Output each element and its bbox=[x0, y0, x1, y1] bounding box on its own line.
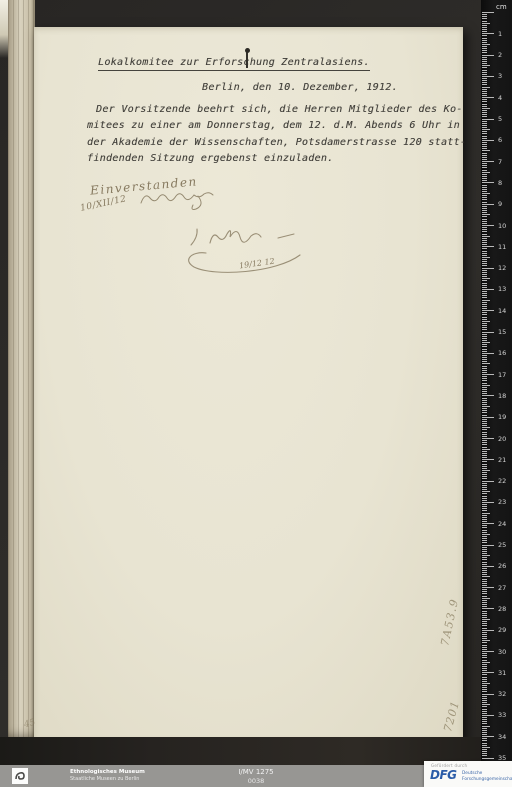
ruler-tick bbox=[482, 340, 487, 341]
ruler-tick bbox=[482, 700, 487, 701]
ruler-tick bbox=[482, 12, 494, 13]
ruler-tick bbox=[482, 583, 487, 584]
ruler-tick bbox=[482, 755, 487, 756]
ruler-tick bbox=[482, 144, 487, 145]
ruler-tick bbox=[482, 227, 487, 228]
ruler-tick bbox=[482, 485, 487, 486]
letter-body-line: der Akademie der Wissenschaften, Potsdam… bbox=[87, 137, 466, 153]
ruler-number: 16 bbox=[498, 349, 506, 357]
ruler-tick bbox=[482, 16, 487, 17]
ruler-number: 13 bbox=[498, 285, 506, 293]
ruler-tick bbox=[482, 540, 487, 541]
pencil-shelfmark-note: 7A53.9 bbox=[438, 576, 465, 647]
ruler-tick bbox=[482, 415, 487, 416]
ruler-tick bbox=[482, 713, 487, 714]
ruler-tick bbox=[482, 361, 487, 362]
ruler-tick bbox=[482, 59, 487, 60]
ruler-tick bbox=[482, 270, 487, 271]
ruler-number: 19 bbox=[498, 413, 506, 421]
ruler-tick bbox=[482, 283, 487, 284]
ruler-tick bbox=[482, 740, 487, 741]
letter-body-line: Der Vorsitzende beehrt sich, die Herren … bbox=[87, 104, 466, 120]
ruler-tick bbox=[482, 464, 487, 465]
ruler-tick bbox=[482, 617, 487, 618]
ruler-tick bbox=[482, 434, 487, 435]
ruler-tick bbox=[482, 274, 487, 275]
ruler-tick bbox=[482, 221, 487, 222]
ruler-tick bbox=[482, 121, 487, 122]
ruler-tick bbox=[482, 606, 487, 607]
ruler-tick bbox=[482, 694, 494, 695]
ruler-tick bbox=[482, 555, 490, 556]
ruler-tick bbox=[482, 167, 487, 168]
ruler-tick bbox=[482, 402, 487, 403]
ruler-tick bbox=[482, 125, 487, 126]
ruler-tick bbox=[482, 687, 487, 688]
ruler-tick bbox=[482, 470, 490, 471]
ruler-number: 14 bbox=[498, 307, 506, 315]
ruler-tick bbox=[482, 234, 487, 235]
handwritten-signature-approver bbox=[138, 187, 220, 213]
ruler-number: 27 bbox=[498, 584, 506, 592]
ruler-tick bbox=[482, 272, 487, 273]
letter-body-line: findenden Sitzung ergebenst einzuladen. bbox=[87, 153, 466, 169]
ruler-tick bbox=[482, 398, 487, 399]
ruler-tick bbox=[482, 743, 487, 744]
ruler-tick bbox=[482, 436, 487, 437]
ruler-tick bbox=[482, 702, 487, 703]
ruler-tick bbox=[482, 29, 487, 30]
ruler-tick bbox=[482, 351, 487, 352]
ruler-tick bbox=[482, 425, 487, 426]
ruler-tick bbox=[482, 657, 487, 658]
ruler-tick bbox=[482, 442, 487, 443]
ruler-tick bbox=[482, 423, 487, 424]
ruler-tick bbox=[482, 389, 487, 390]
ruler-tick bbox=[482, 101, 487, 102]
ruler-tick bbox=[482, 689, 487, 690]
ruler-tick bbox=[482, 487, 487, 488]
ruler-tick bbox=[482, 18, 487, 19]
ruler-tick bbox=[482, 255, 487, 256]
ruler-tick bbox=[482, 455, 487, 456]
ruler-tick bbox=[482, 666, 487, 667]
ruler-number: 32 bbox=[498, 690, 506, 698]
ruler-tick bbox=[482, 417, 494, 418]
ruler-tick bbox=[482, 357, 487, 358]
ruler-tick bbox=[482, 344, 487, 345]
ruler-tick bbox=[482, 312, 487, 313]
ruler-tick bbox=[482, 489, 487, 490]
ruler-tick bbox=[482, 123, 487, 124]
ruler-tick bbox=[482, 291, 487, 292]
ruler-tick bbox=[482, 289, 494, 290]
ruler-tick bbox=[482, 251, 487, 252]
ruler-tick bbox=[482, 314, 487, 315]
ruler-tick bbox=[482, 225, 494, 226]
ruler-tick bbox=[482, 306, 487, 307]
ruler-tick bbox=[482, 72, 487, 73]
viewer-footer-bar: Ethnologisches Museum Staatliche Museen … bbox=[0, 765, 512, 787]
ruler-tick bbox=[482, 204, 494, 205]
ruler-tick bbox=[482, 515, 487, 516]
ruler-tick bbox=[482, 647, 487, 648]
ruler-tick bbox=[482, 368, 487, 369]
ruler-unit-label: cm bbox=[496, 3, 507, 11]
ruler-tick bbox=[482, 660, 487, 661]
ruler-tick bbox=[482, 630, 494, 631]
funder-name-line: Forschungsgemeinschaft bbox=[462, 777, 512, 783]
ruler-tick bbox=[482, 534, 490, 535]
ruler-tick bbox=[482, 74, 487, 75]
ruler-tick bbox=[482, 155, 487, 156]
funder-name: Deutsche Forschungsgemeinschaft bbox=[462, 771, 512, 782]
ruler-tick bbox=[482, 219, 487, 220]
ruler-tick bbox=[482, 596, 487, 597]
ruler-tick bbox=[482, 180, 487, 181]
funder-panel: Gefördert durch DFG Deutsche Forschungsg… bbox=[424, 761, 512, 787]
ruler-tick bbox=[482, 229, 487, 230]
ruler-tick bbox=[482, 591, 487, 592]
ruler-tick bbox=[482, 519, 487, 520]
ruler-tick bbox=[482, 355, 487, 356]
ruler-tick bbox=[482, 193, 490, 194]
ruler-tick bbox=[482, 481, 494, 482]
ruler-tick bbox=[482, 704, 490, 705]
ruler-tick bbox=[482, 342, 490, 343]
ruler-tick bbox=[482, 536, 487, 537]
ruler-tick bbox=[482, 557, 487, 558]
ruler-tick bbox=[482, 263, 487, 264]
page-stack-edge bbox=[8, 0, 35, 740]
ruler-tick bbox=[482, 472, 487, 473]
ruler-tick bbox=[482, 325, 487, 326]
ruler-tick bbox=[482, 202, 487, 203]
ruler-tick bbox=[482, 87, 490, 88]
ruler-tick bbox=[482, 259, 487, 260]
ruler-tick bbox=[482, 672, 494, 673]
ruler-tick bbox=[482, 268, 494, 269]
ruler-tick bbox=[482, 104, 487, 105]
ruler-tick bbox=[482, 574, 487, 575]
ruler-tick bbox=[482, 153, 487, 154]
handwritten-approval-date: 10/XII/12 bbox=[79, 194, 127, 214]
ruler-tick bbox=[482, 65, 490, 66]
letter-body-line: mitees zu einer am Donnerstag, dem 12. d… bbox=[87, 120, 466, 136]
ruler-tick bbox=[482, 698, 487, 699]
ruler-tick bbox=[482, 366, 487, 367]
ruler-tick bbox=[482, 336, 487, 337]
ruler-tick bbox=[482, 723, 487, 724]
ruler-tick bbox=[482, 276, 487, 277]
ruler-tick bbox=[482, 321, 490, 322]
ruler-tick bbox=[482, 532, 487, 533]
ruler-tick bbox=[482, 159, 487, 160]
ruler-tick bbox=[482, 513, 490, 514]
ruler-tick bbox=[482, 119, 494, 120]
ruler-number: 15 bbox=[498, 328, 506, 336]
ruler-tick bbox=[482, 421, 487, 422]
ruler-tick bbox=[482, 114, 487, 115]
ruler-tick bbox=[482, 685, 487, 686]
ruler-tick bbox=[482, 683, 490, 684]
ruler-tick bbox=[482, 615, 487, 616]
ruler-tick bbox=[482, 61, 487, 62]
ruler-tick bbox=[482, 717, 487, 718]
ruler-number: 11 bbox=[498, 243, 506, 251]
ruler-tick bbox=[482, 40, 487, 41]
ruler-tick bbox=[482, 108, 490, 109]
ruler-tick bbox=[482, 444, 487, 445]
ruler-tick bbox=[482, 438, 494, 439]
ruler-tick bbox=[482, 408, 487, 409]
ruler-number: 30 bbox=[498, 648, 506, 656]
ruler-number: 20 bbox=[498, 435, 506, 443]
ruler-tick bbox=[482, 329, 487, 330]
ruler-tick bbox=[482, 349, 487, 350]
ruler-tick bbox=[482, 182, 494, 183]
ruler-tick bbox=[482, 551, 487, 552]
ruler-tick bbox=[482, 67, 487, 68]
ruler-tick bbox=[482, 549, 487, 550]
letter-heading: Lokalkomitee zur Erforschung Zentralasie… bbox=[98, 57, 370, 71]
ruler-tick bbox=[482, 76, 494, 77]
ruler-tick bbox=[482, 231, 487, 232]
ruler-tick bbox=[482, 287, 487, 288]
ruler-number: 28 bbox=[498, 605, 506, 613]
ruler-tick bbox=[482, 747, 490, 748]
ruler-tick bbox=[482, 110, 487, 111]
ruler-tick bbox=[482, 280, 487, 281]
ruler-number: 5 bbox=[498, 115, 502, 123]
ruler-tick bbox=[482, 185, 487, 186]
ruler-tick bbox=[482, 370, 487, 371]
ruler-tick bbox=[482, 214, 490, 215]
ruler-tick bbox=[482, 709, 487, 710]
ruler-tick bbox=[482, 91, 487, 92]
ruler-tick bbox=[482, 63, 487, 64]
ruler-tick bbox=[482, 295, 487, 296]
ruler-tick bbox=[482, 632, 487, 633]
ruler-tick bbox=[482, 625, 487, 626]
ruler-tick bbox=[482, 677, 487, 678]
ruler-tick bbox=[482, 338, 487, 339]
ruler-tick bbox=[482, 628, 487, 629]
ruler-tick bbox=[482, 508, 487, 509]
ruler-number: 17 bbox=[498, 371, 506, 379]
ruler-tick bbox=[482, 728, 487, 729]
ruler-tick bbox=[482, 372, 487, 373]
ruler-tick bbox=[482, 82, 487, 83]
ruler-tick bbox=[482, 559, 487, 560]
ruler-tick bbox=[482, 732, 487, 733]
ruler-tick bbox=[482, 244, 487, 245]
ruler-number: 9 bbox=[498, 200, 502, 208]
ruler-tick bbox=[482, 496, 487, 497]
ruler-tick bbox=[482, 163, 487, 164]
ruler-tick bbox=[482, 191, 487, 192]
ruler-tick bbox=[482, 387, 487, 388]
ruler-tick bbox=[482, 332, 494, 333]
ruler-tick bbox=[482, 310, 494, 311]
ruler-tick bbox=[482, 530, 487, 531]
ruler-tick bbox=[482, 478, 487, 479]
ruler-tick bbox=[482, 25, 487, 26]
ruler-tick bbox=[482, 449, 490, 450]
ruler-tick bbox=[482, 410, 487, 411]
ruler-tick bbox=[482, 572, 487, 573]
ruler-number: 18 bbox=[498, 392, 506, 400]
ruler-tick bbox=[482, 681, 487, 682]
ruler-tick bbox=[482, 52, 487, 53]
ruler-tick bbox=[482, 359, 487, 360]
ruler-tick bbox=[482, 525, 487, 526]
ruler-tick bbox=[482, 84, 487, 85]
document-page: Lokalkomitee zur Erforschung Zentralasie… bbox=[34, 27, 463, 739]
ruler-tick bbox=[482, 696, 487, 697]
ruler-tick bbox=[482, 195, 487, 196]
ruler-tick bbox=[482, 48, 487, 49]
ruler-tick bbox=[482, 730, 487, 731]
ruler-tick bbox=[482, 285, 487, 286]
ruler-tick bbox=[482, 212, 487, 213]
ruler-tick bbox=[482, 564, 487, 565]
ruler-tick bbox=[482, 404, 487, 405]
ruler-tick bbox=[482, 106, 487, 107]
ruler-tick bbox=[482, 46, 487, 47]
ruler-tick bbox=[482, 206, 487, 207]
ruler-tick bbox=[482, 545, 494, 546]
ruler-tick bbox=[482, 391, 487, 392]
ruler-tick bbox=[482, 99, 487, 100]
ruler-tick bbox=[482, 131, 487, 132]
ruler-tick bbox=[482, 581, 487, 582]
ruler-number: 26 bbox=[498, 562, 506, 570]
ruler-tick bbox=[482, 148, 487, 149]
ruler-tick bbox=[482, 598, 490, 599]
ruler-tick bbox=[482, 589, 487, 590]
ruler-tick bbox=[482, 297, 487, 298]
ink-blot-mark bbox=[246, 50, 248, 68]
ruler-tick bbox=[482, 427, 490, 428]
ruler-tick bbox=[482, 600, 487, 601]
ruler-tick bbox=[482, 406, 490, 407]
ruler-tick bbox=[482, 170, 487, 171]
ruler-tick bbox=[482, 608, 494, 609]
ruler-tick bbox=[482, 33, 494, 34]
ruler-tick bbox=[482, 210, 487, 211]
ruler-tick bbox=[482, 758, 494, 759]
ruler-tick bbox=[482, 80, 487, 81]
ruler-tick bbox=[482, 353, 494, 354]
ruler-tick bbox=[482, 176, 487, 177]
ruler-tick bbox=[482, 257, 490, 258]
ruler-tick bbox=[482, 199, 487, 200]
ruler-tick bbox=[482, 579, 487, 580]
ruler-tick bbox=[482, 498, 487, 499]
ruler-tick bbox=[482, 429, 487, 430]
ruler-number: 31 bbox=[498, 669, 506, 677]
ruler-tick bbox=[482, 300, 490, 301]
ruler-tick bbox=[482, 261, 487, 262]
ruler-number: 8 bbox=[498, 179, 502, 187]
ruler-tick bbox=[482, 187, 487, 188]
ruler-number: 4 bbox=[498, 94, 502, 102]
ruler-tick bbox=[482, 323, 487, 324]
ruler-tick bbox=[482, 93, 487, 94]
ruler-tick bbox=[482, 393, 487, 394]
ruler-tick bbox=[482, 246, 494, 247]
ruler-tick bbox=[482, 691, 487, 692]
ruler-tick bbox=[482, 459, 494, 460]
ruler-tick bbox=[482, 208, 487, 209]
ruler-number: 2 bbox=[498, 51, 502, 59]
ruler-tick bbox=[482, 95, 487, 96]
ruler-tick bbox=[482, 719, 487, 720]
ruler-tick bbox=[482, 483, 487, 484]
ruler-tick bbox=[482, 304, 487, 305]
ruler-tick bbox=[482, 474, 487, 475]
ruler-tick bbox=[482, 623, 487, 624]
ruler-tick bbox=[482, 142, 487, 143]
ruler-tick bbox=[482, 645, 487, 646]
ruler-tick bbox=[482, 346, 487, 347]
ruler-tick bbox=[482, 302, 487, 303]
ruler-tick bbox=[482, 38, 487, 39]
ruler-tick bbox=[482, 363, 490, 364]
ruler-tick bbox=[482, 504, 487, 505]
ruler-tick bbox=[482, 502, 494, 503]
letter-dateline: Berlin, den 10. Dezember, 1912. bbox=[202, 82, 398, 93]
ruler-tick bbox=[482, 380, 487, 381]
ruler-tick bbox=[482, 89, 487, 90]
ruler-tick bbox=[482, 726, 490, 727]
ruler-tick bbox=[482, 400, 487, 401]
ruler-number: 24 bbox=[498, 520, 506, 528]
ruler-number: 12 bbox=[498, 264, 506, 272]
ruler-tick bbox=[482, 197, 487, 198]
ruler-tick bbox=[482, 640, 490, 641]
ruler-tick bbox=[482, 150, 490, 151]
ruler-number: 3 bbox=[498, 72, 502, 80]
ruler-tick bbox=[482, 585, 487, 586]
ruler-number: 10 bbox=[498, 222, 506, 230]
ruler-number: 33 bbox=[498, 711, 506, 719]
ruler-tick bbox=[482, 715, 494, 716]
handwritten-signature-center bbox=[180, 221, 318, 283]
ruler-tick bbox=[482, 636, 487, 637]
ruler-tick bbox=[482, 642, 487, 643]
ruler-tick bbox=[482, 165, 487, 166]
ruler-tick bbox=[482, 174, 487, 175]
ruler-tick bbox=[482, 23, 490, 24]
ruler-tick bbox=[482, 240, 487, 241]
ruler-tick bbox=[482, 383, 487, 384]
ruler-tick bbox=[482, 662, 490, 663]
ruler-tick bbox=[482, 457, 487, 458]
ruler-tick bbox=[482, 278, 490, 279]
scanned-document-viewer: Lokalkomitee zur Erforschung Zentralasie… bbox=[0, 0, 512, 787]
ruler-tick bbox=[482, 317, 487, 318]
ruler-tick bbox=[482, 374, 494, 375]
ruler-number: 29 bbox=[498, 626, 506, 634]
ruler-tick bbox=[482, 453, 487, 454]
ruler-tick bbox=[482, 44, 490, 45]
pencil-corner-note: 7201 bbox=[441, 682, 466, 734]
ruler-tick bbox=[482, 587, 494, 588]
dfg-logo: DFG bbox=[430, 768, 457, 782]
ruler-tick bbox=[482, 604, 487, 605]
